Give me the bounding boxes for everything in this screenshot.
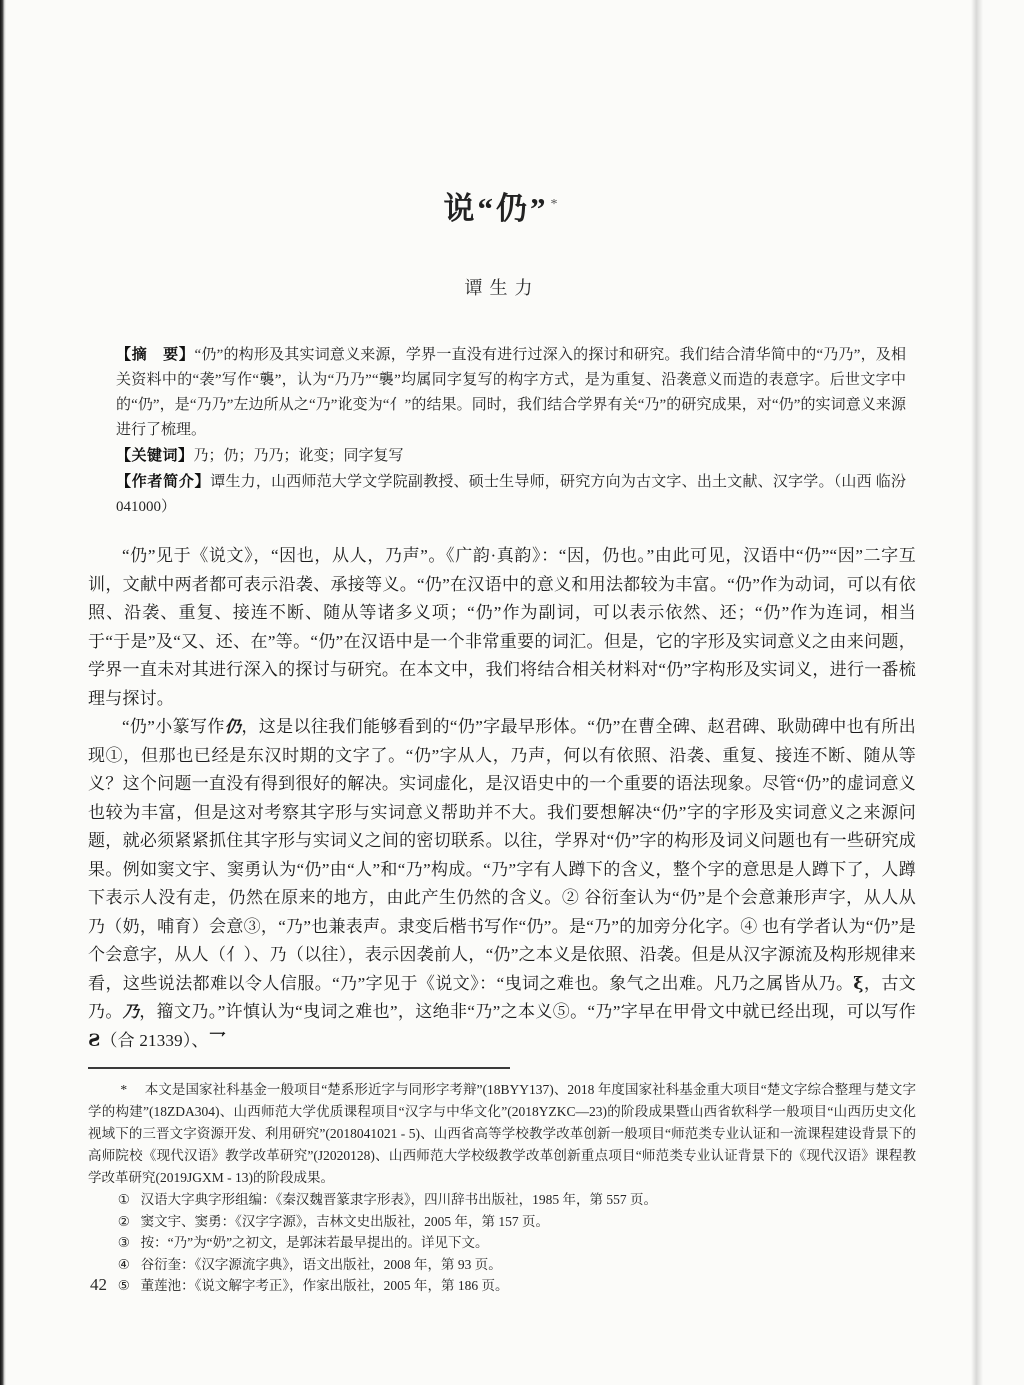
funding-footnote-marker: * — [120, 1082, 127, 1097]
zhouwen-nai-glyph: 乃 — [123, 1002, 140, 1021]
paragraph-2-text-5: （合 21339）、 — [100, 1031, 208, 1050]
title-footnote-marker: * — [551, 197, 561, 212]
footnote-text: 谷衍奎：《汉字源流字典》，语文出版社，2008 年，第 93 页。 — [141, 1257, 502, 1272]
footnote-item: ③按：“乃”为“奶”之初文，是郭沫若最早提出的。详见下文。 — [88, 1232, 916, 1254]
funding-footnote: *本文是国家社科基金一般项目“楚系形近字与同形字考辩”(18BYY137)、20… — [88, 1079, 916, 1189]
title-text: 说“仍” — [444, 191, 549, 226]
keywords-text: 乃；仍；乃乃；讹变；同字复写 — [194, 448, 404, 464]
funding-footnote-text: 本文是国家社科基金一般项目“楚系形近字与同形字考辩”(18BYY137)、201… — [88, 1082, 916, 1185]
article-title: 说“仍”* — [88, 183, 916, 228]
footnote-number: ② — [118, 1214, 130, 1229]
footnote-item: ⑤董莲池：《说文解字考正》，作家出版社，2005 年，第 186 页。 — [88, 1275, 916, 1297]
oracle-bone-nai-glyph-1: Ƨ — [88, 1031, 100, 1051]
footnote-text: 窦文宇、窦勇：《汉字字源》，吉林文史出版社，2005 年，第 157 页。 — [141, 1214, 549, 1229]
footnotes-section: *本文是国家社科基金一般项目“楚系形近字与同形字考辩”(18BYY137)、20… — [88, 1067, 916, 1297]
page-curl-shadow — [971, 0, 983, 1385]
keywords-label: 【关键词】 — [116, 447, 194, 464]
footnote-text: 汉语大字典字形组编：《秦汉魏晋篆隶字形表》，四川辞书出版社，1985 年，第 5… — [141, 1192, 657, 1207]
footnote-item: ①汉语大字典字形组编：《秦汉魏晋篆隶字形表》，四川辞书出版社，1985 年，第 … — [88, 1189, 916, 1211]
paragraph-2-text-2: ，这是以往我们能够看到的“仍”字最早形体。“仍”在曹全碑、赵君碑、耿勋碑中也有所… — [88, 717, 916, 993]
paragraph-2-text-1: “仍”小篆写作 — [122, 717, 225, 736]
paragraph-2-text-4: ，籀文乃。”许慎认为“曳词之难也”，这绝非“乃”之本义⑤。“乃”字早在甲骨文中就… — [139, 1002, 916, 1021]
author-name: 谭生力 — [88, 274, 916, 300]
abstract: 【摘 要】“仍”的构形及其实词意义来源，学界一直没有进行过深入的探讨和研究。我们… — [116, 342, 906, 443]
page-number: 42 — [90, 1275, 107, 1295]
footnote-divider — [88, 1067, 510, 1069]
footnote-text: 董莲池：《说文解字考正》，作家出版社，2005 年，第 186 页。 — [141, 1278, 509, 1293]
footnote-number: ④ — [118, 1257, 130, 1272]
guwen-nai-glyph: ξ — [853, 974, 863, 994]
footnote-text: 按：“乃”为“奶”之初文，是郭沫若最早提出的。详见下文。 — [141, 1235, 489, 1250]
paragraph-2: “仍”小篆写作仍，这是以往我们能够看到的“仍”字最早形体。“仍”在曹全碑、赵君碑… — [88, 713, 916, 1055]
paragraph-1: “仍”见于《说文》，“因也，从人，乃声”。《广韵·真韵》：“因，仍也。”由此可见… — [88, 542, 916, 713]
footnote-item: ②窦文宇、窦勇：《汉字字源》，吉林文史出版社，2005 年，第 157 页。 — [88, 1211, 916, 1233]
oracle-bone-nai-glyph-2: 乛 — [209, 1031, 226, 1051]
footnote-number: ③ — [118, 1235, 130, 1250]
seal-script-ren-glyph: 仍 — [225, 717, 242, 736]
footnote-item: ④谷衍奎：《汉字源流字典》，语文出版社，2008 年，第 93 页。 — [88, 1254, 916, 1276]
abstract-label: 【摘 要】 — [116, 346, 195, 363]
author-bio-text: 谭生力，山西师范大学文学院副教授、硕士生导师，研究方向为古文字、出土文献、汉字学… — [116, 474, 921, 515]
footnote-number: ① — [118, 1192, 130, 1207]
scan-edge-left — [0, 0, 6, 1385]
article-content: 说“仍”* 谭生力 【摘 要】“仍”的构形及其实词意义来源，学界一直没有进行过深… — [88, 0, 916, 1297]
abstract-text: “仍”的构形及其实词意义来源，学界一直没有进行过深入的探讨和研究。我们结合清华简… — [116, 347, 906, 438]
scanned-page: 说“仍”* 谭生力 【摘 要】“仍”的构形及其实词意义来源，学界一直没有进行过深… — [0, 0, 1024, 1385]
author-bio: 【作者简介】谭生力，山西师范大学文学院副教授、硕士生导师，研究方向为古文字、出土… — [116, 469, 906, 520]
article-body: “仍”见于《说文》，“因也，从人，乃声”。《广韵·真韵》：“因，仍也。”由此可见… — [88, 542, 916, 1055]
footnote-number: ⑤ — [118, 1278, 130, 1293]
keywords: 【关键词】乃；仍；乃乃；讹变；同字复写 — [116, 443, 906, 469]
author-bio-label: 【作者简介】 — [116, 473, 210, 490]
front-matter: 【摘 要】“仍”的构形及其实词意义来源，学界一直没有进行过深入的探讨和研究。我们… — [116, 342, 906, 520]
